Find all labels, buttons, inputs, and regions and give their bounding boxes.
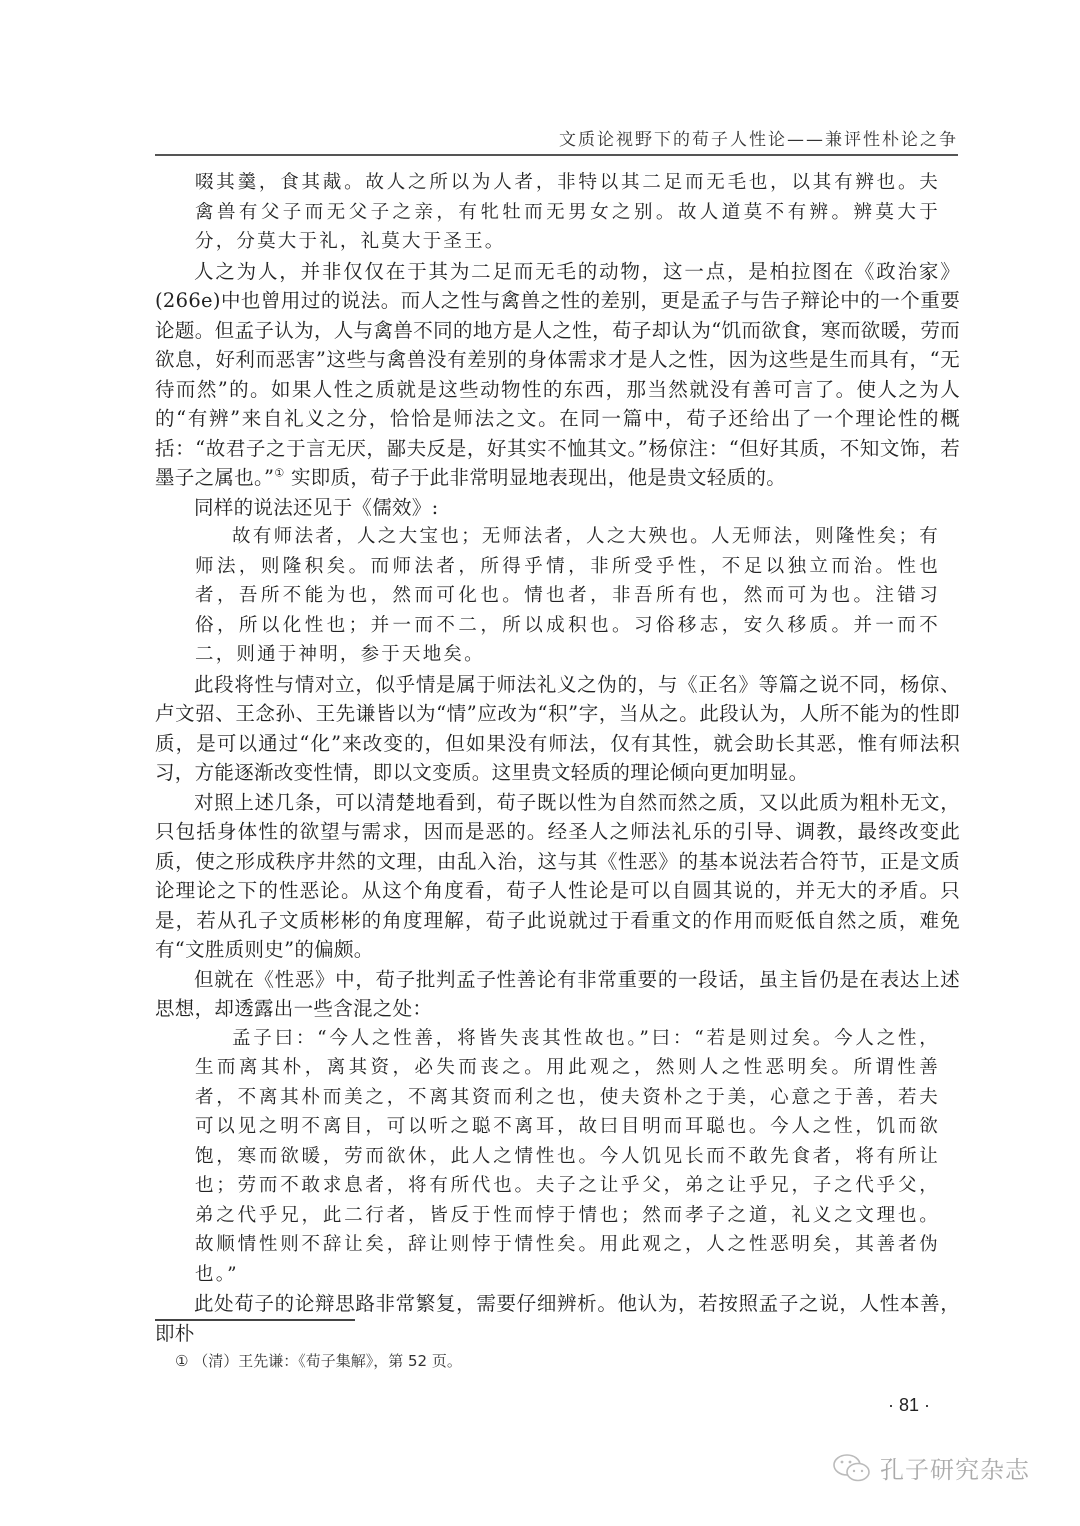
footnote-1: ① （清）王先谦：《荀子集解》，第 52 页。 — [175, 1350, 462, 1371]
paragraph-3: 此段将性与情对立，似乎情是属于师法礼义之伪的，与《正名》等篇之说不同，杨倞、卢文… — [155, 670, 960, 788]
block-quote-3: 孟子曰：“今人之性善，将皆失丧其性故也。”曰：“若是则过矣。今人之性，生而离其朴… — [195, 1024, 940, 1290]
block-quote-1: 啜其羹，食其胾。故人之所以为人者，非特以其二足而无毛也，以其有辨也。夫禽兽有父子… — [195, 168, 940, 257]
watermark: 孔子研究杂志 — [832, 1450, 1030, 1485]
footnote-divider — [155, 1319, 355, 1321]
watermark-text: 孔子研究杂志 — [880, 1450, 1030, 1485]
page-number: · 81 · — [888, 1395, 930, 1416]
paragraph-1: 人之为人，并非仅仅在于其为二足而无毛的动物，这一点，是柏拉图在《政治家》(266… — [155, 257, 960, 493]
wechat-icon — [832, 1452, 872, 1484]
paragraph-1-tail: 实即质，荀子于此非常明显地表现出，他是贵文轻质的。 — [285, 466, 787, 489]
paragraph-1-text: 人之为人，并非仅仅在于其为二足而无毛的动物，这一点，是柏拉图在《政治家》(266… — [155, 260, 960, 490]
running-title: 文质论视野下的荀子人性论——兼评性朴论之争 — [559, 130, 958, 150]
running-head: 文质论视野下的荀子人性论——兼评性朴论之争 — [155, 128, 958, 156]
footnote-ref-1[interactable]: ① — [274, 467, 284, 480]
footnote-mark: ① — [175, 1352, 188, 1370]
footnote-text: （清）王先谦：《荀子集解》，第 52 页。 — [193, 1352, 462, 1370]
article-body: 啜其羹，食其胾。故人之所以为人者，非特以其二足而无毛也，以其有辨也。夫禽兽有父子… — [155, 168, 960, 1348]
paragraph-2: 同样的说法还见于《儒效》: — [155, 493, 960, 523]
block-quote-2: 故有师法者，人之大宝也；无师法者，人之大殃也。人无师法，则隆性矣；有师法，则隆积… — [195, 522, 940, 670]
paragraph-5: 但就在《性恶》中，荀子批判孟子性善论有非常重要的一段话，虽主旨仍是在表达上述思想… — [155, 965, 960, 1024]
paragraph-4: 对照上述几条，可以清楚地看到，荀子既以性为自然而然之质，又以此质为粗朴无文，只包… — [155, 788, 960, 965]
